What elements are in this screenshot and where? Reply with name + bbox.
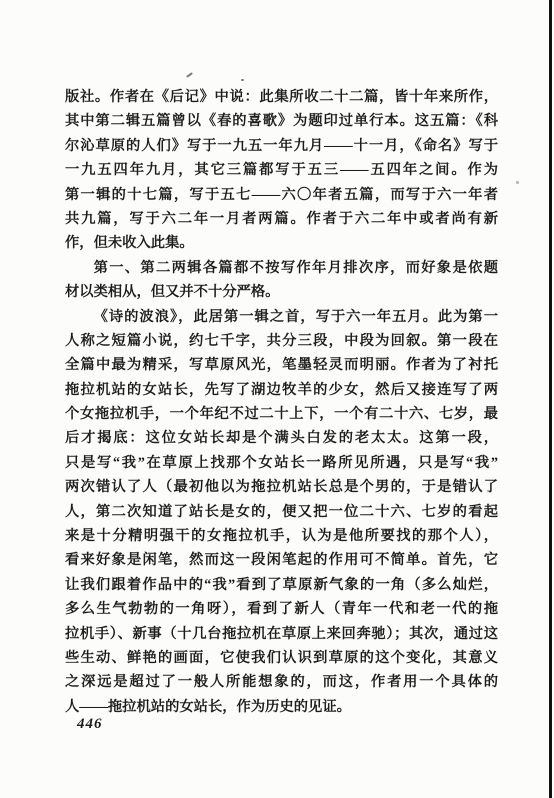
text-line: 个女拖拉机手，一个年纪不过二十上下，一个有二十六、七岁，最 xyxy=(65,402,498,426)
text-line: 些生动、鲜艳的画面，它使我们认识到草原的这个变化，其意义 xyxy=(65,646,498,670)
scan-speck xyxy=(516,181,519,184)
text-line: 版社。作者在《后记》中说：此集所收二十二篇，皆十年来所作， xyxy=(65,85,498,109)
text-line: 共九篇，写于六二年一月者两篇。作者于六二年中或者尚有新 xyxy=(65,207,498,231)
text-line: 第一辑的十七篇，写于五七——六〇年者五篇，而写于六一年者 xyxy=(65,183,498,207)
text-line: 材以类相从，但又并不十分严格。 xyxy=(65,280,498,304)
text-line: 人称之短篇小说，约七千字，共分三段，中段为回叙。第一段在 xyxy=(65,329,498,353)
text-line: 只是写“我”在草原上找那个女站长一路所见所遇，只是写“我” xyxy=(65,451,498,475)
scan-speck xyxy=(241,79,244,81)
scan-speck xyxy=(186,72,193,78)
body-text: 版社。作者在《后记》中说：此集所收二十二篇，皆十年来所作， 其中第二辑五篇曾以《… xyxy=(65,85,498,719)
text-line: 拉机手）、新事（十几台拖拉机在草原上来回奔驰）；其次，通过这 xyxy=(65,622,498,646)
text-line: 第一、第二两辑各篇都不按写作年月排次序，而好象是依题 xyxy=(65,256,498,280)
text-line: 尔沁草原的人们》写于一九五一年九月——十一月，《命名》写于 xyxy=(65,134,498,158)
text-line: 拖拉机站的女站长，先写了湖边牧羊的少女，然后又接连写了两 xyxy=(65,378,498,402)
text-line: 其中第二辑五篇曾以《春的喜歌》为题印过单行本。这五篇：《科 xyxy=(65,109,498,133)
text-line: 两次错认了人（最初他以为拖拉机站长总是个男的，于是错认了 xyxy=(65,475,498,499)
text-line: 来是十分精明强干的女拖拉机手，认为是他所要找的那个人）， xyxy=(65,524,498,548)
text-line: 人——拖拉机站的女站长，作为历史的见证。 xyxy=(65,695,498,719)
scanned-book-page: 版社。作者在《后记》中说：此集所收二十二篇，皆十年来所作， 其中第二辑五篇曾以《… xyxy=(0,0,554,798)
page-number: 446 xyxy=(77,716,103,733)
text-line: 看来好象是闲笔，然而这一段闲笔起的作用可不简单。首先，它 xyxy=(65,548,498,572)
text-line: 后才揭底：这位女站长却是个满头白发的老太太。这第一段， xyxy=(65,426,498,450)
text-line: 作，但未收入此集。 xyxy=(65,231,498,255)
text-line: 全篇中最为精采，写草原风光，笔墨轻灵而明丽。作者为了衬托 xyxy=(65,353,498,377)
text-line: 一九五四年九月，其它三篇都写于五三——五四年之间。作为 xyxy=(65,158,498,182)
text-line: 《诗的波浪》，此居第一辑之首，写于六一年五月。此为第一 xyxy=(65,305,498,329)
text-line: 多么生气勃勃的一角呀），看到了新人（青年一代和老一代的拖 xyxy=(65,597,498,621)
text-line: 让我们跟着作品中的“我”看到了草原新气象的一角（多么灿烂， xyxy=(65,573,498,597)
text-line: 人，第二次知道了站长是女的，便又把一位二十六、七岁的看起 xyxy=(65,500,498,524)
page-edge-line xyxy=(549,0,552,798)
text-line: 之深远是超过了一般人所能想象的，而这，作者用一个具体的 xyxy=(65,670,498,694)
